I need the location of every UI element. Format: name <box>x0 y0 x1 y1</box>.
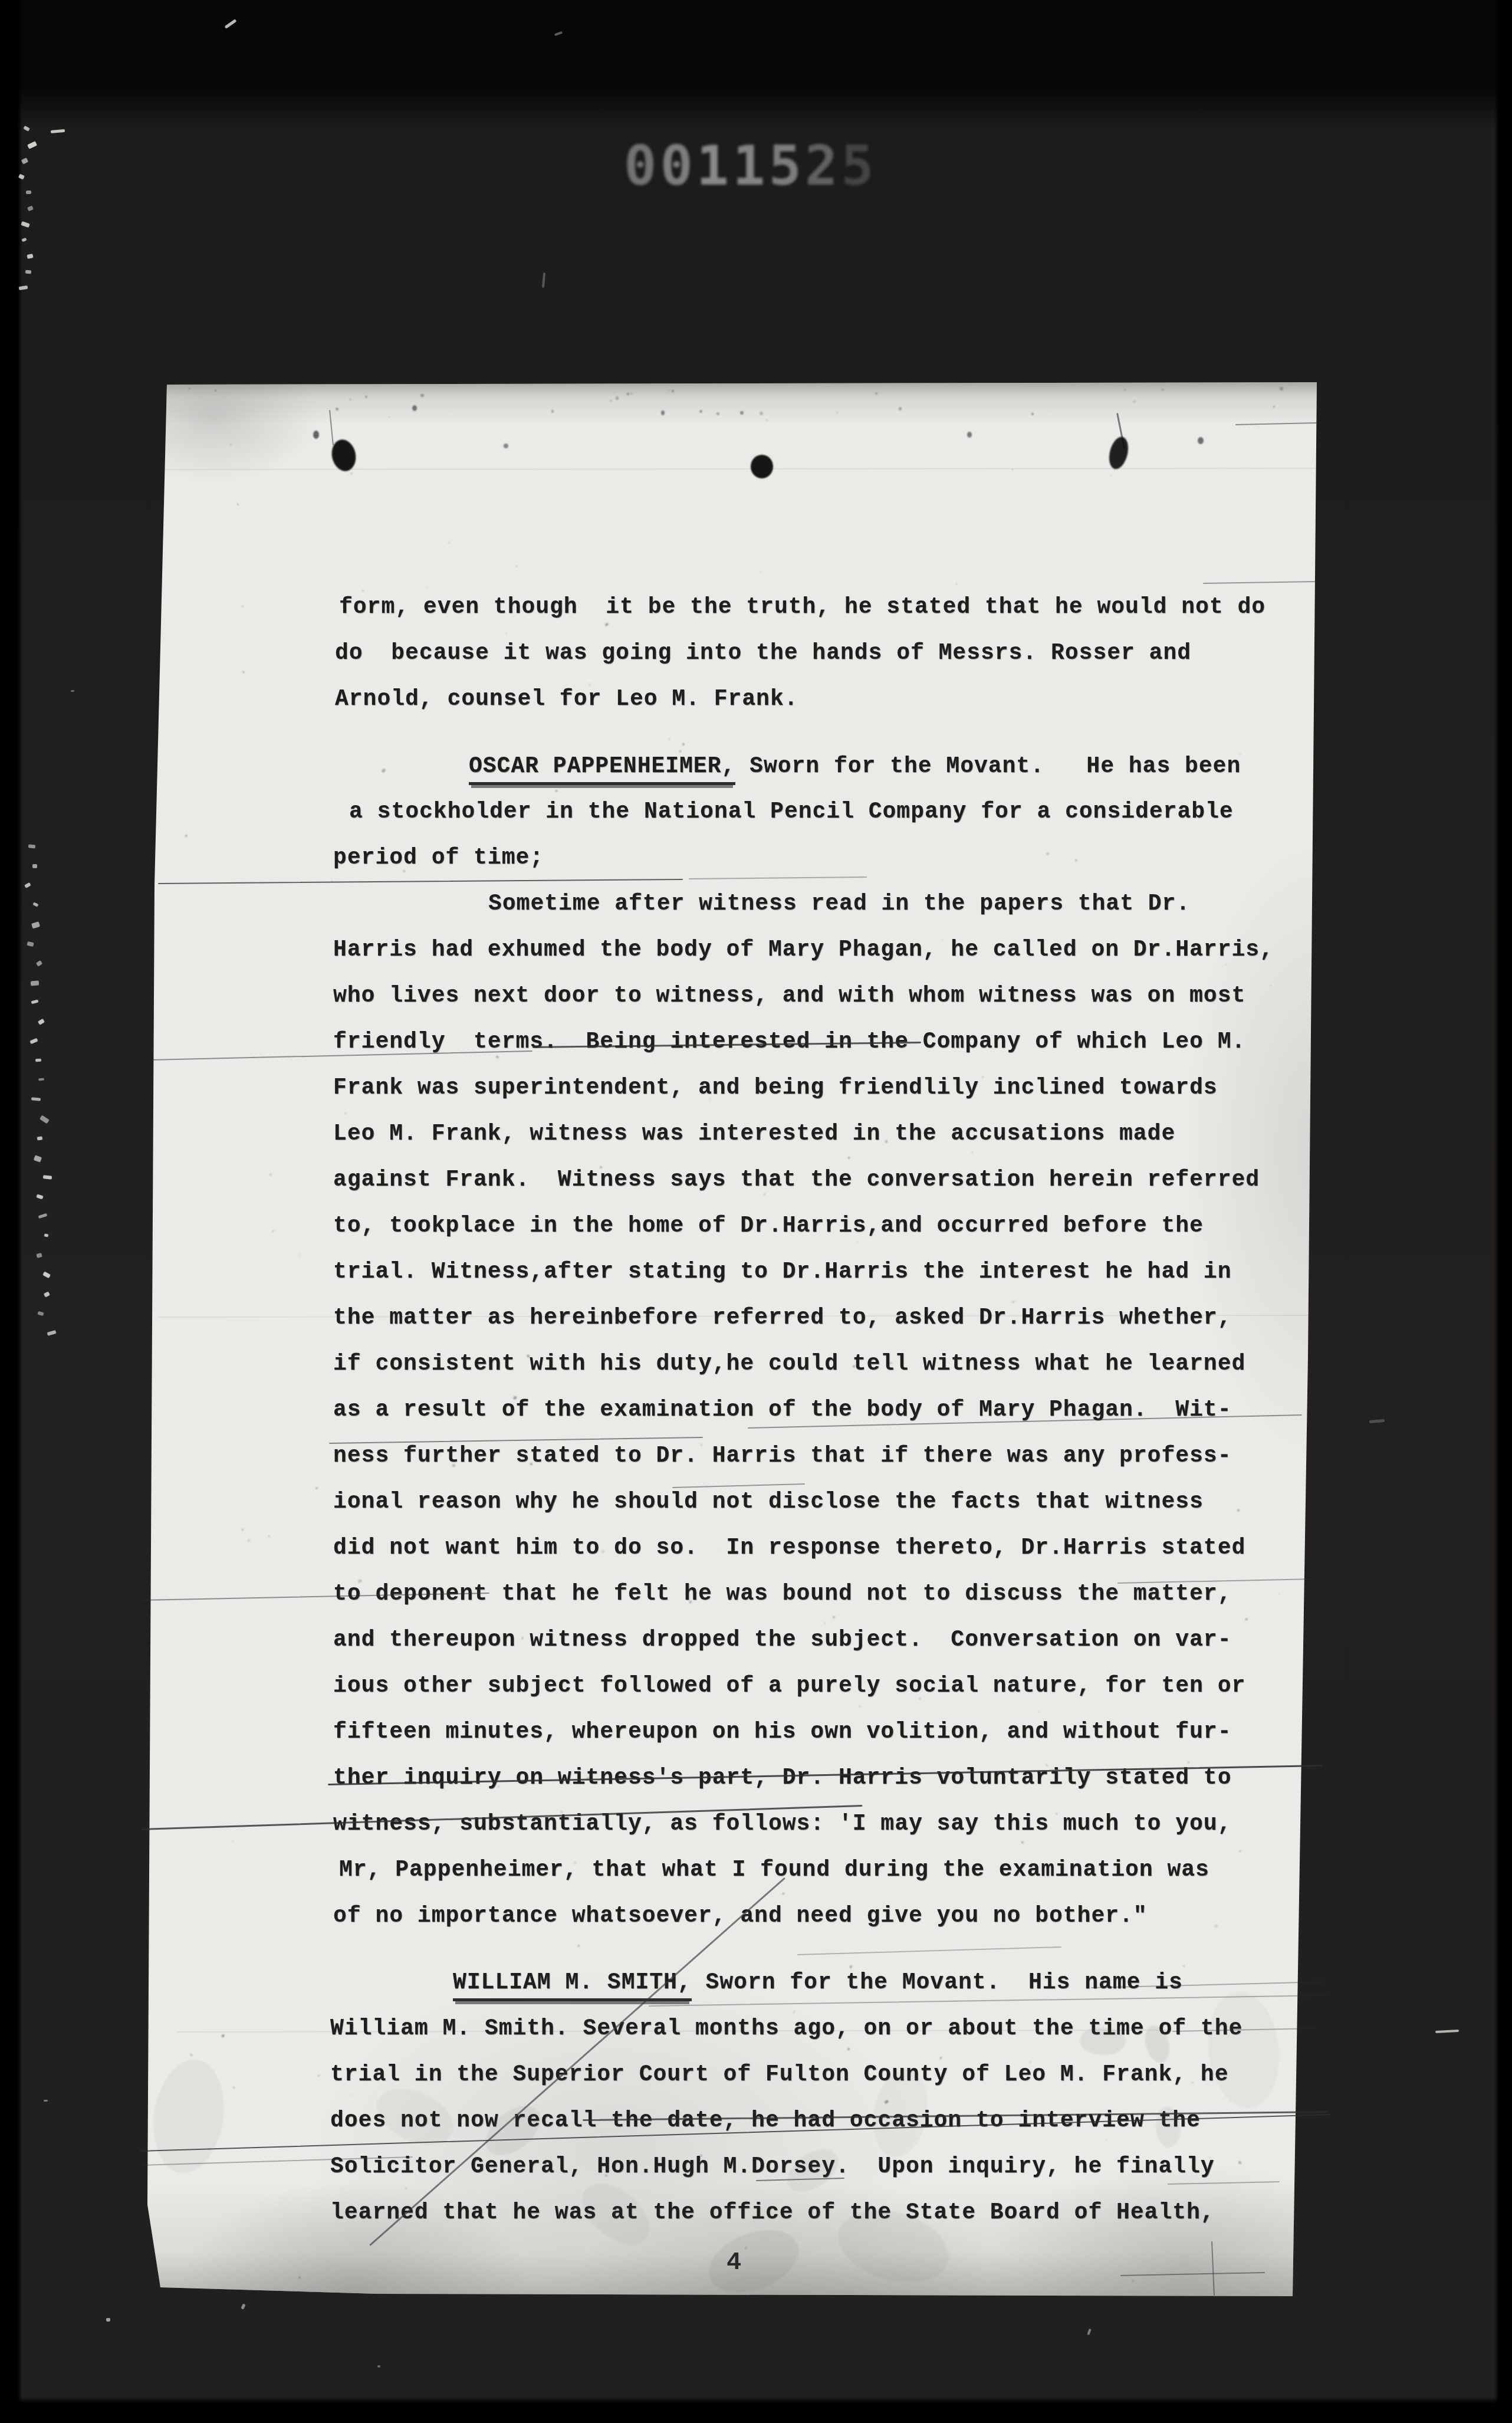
text-segment: Leo M. Frank, witness was interested in … <box>333 1121 1175 1147</box>
text-line: Harris had exhumed the body of Mary Phag… <box>333 937 1274 964</box>
ink-blob <box>740 411 744 415</box>
text-segment: form, even though it be the truth, he st… <box>339 595 1266 620</box>
text-line: form, even though it be the truth, he st… <box>339 594 1266 621</box>
film-edge-squiggle <box>36 1194 43 1199</box>
film-frame-number-stamp: 0011525 <box>624 134 877 198</box>
film-edge-squiggle <box>44 1291 51 1298</box>
film-margin-mark <box>1435 2030 1459 2033</box>
speck <box>700 1443 703 1446</box>
text-segment: Harris had exhumed the body of Mary Phag… <box>333 937 1274 963</box>
text-segment: if consistent with his duty,he could tel… <box>333 1351 1245 1377</box>
text-line: Mr, Pappenheimer, that what I found duri… <box>339 1857 1209 1884</box>
text-segment: against Frank. Witness says that the con… <box>333 1167 1260 1193</box>
text-line: Solicitor General, Hon.Hugh M.Dorsey. Up… <box>330 2153 1215 2181</box>
speck <box>1273 406 1275 408</box>
speck <box>716 412 720 416</box>
film-edge-squiggle <box>31 980 40 986</box>
text-segment: Sometime after witness read in the paper… <box>488 891 1190 917</box>
text-segment: friendly terms. Being interested in the … <box>333 1029 1245 1055</box>
text-segment: ional reason why he should not disclose … <box>333 1489 1204 1515</box>
film-edge-squiggle <box>31 921 40 928</box>
text-segment: Solicitor General, Hon.Hugh M.Dorsey. Up… <box>330 2154 1215 2179</box>
text-line: ness further stated to Dr. Harris that i… <box>333 1443 1231 1470</box>
speck <box>1124 389 1126 391</box>
speck <box>668 390 670 392</box>
film-edge-squiggle <box>31 1000 38 1004</box>
film-edge-squiggle <box>21 157 28 164</box>
speck <box>1280 387 1283 390</box>
text-segment: trial in the Superior Court of Fulton Co… <box>330 2062 1228 2087</box>
text-segment: trial. Witness,after stating to Dr.Harri… <box>333 1259 1231 1285</box>
scanned-document-film: 0011525 form, even though it be the trut… <box>0 0 1512 2423</box>
text-line: witness, substantially, as follows: 'I m… <box>333 1811 1231 1838</box>
text-line: against Frank. Witness says that the con… <box>333 1167 1260 1194</box>
text-segment: fifteen minutes, whereupon on his own vo… <box>333 1719 1231 1745</box>
film-edge-squiggle <box>31 1097 41 1101</box>
speck <box>605 1644 607 1646</box>
ink-blob <box>313 431 319 439</box>
film-margin-mark <box>554 31 563 37</box>
text-line: trial. Witness,after stating to Dr.Harri… <box>333 1259 1231 1286</box>
film-edge-squiggle <box>40 1115 50 1124</box>
ink-blob <box>412 405 417 411</box>
film-margin-mark <box>106 2318 110 2322</box>
film-edge-squiggle <box>38 1311 44 1316</box>
film-edge-squiggle <box>27 254 34 259</box>
film-margin-mark <box>71 690 74 692</box>
text-line: learned that he was at the office of the… <box>330 2199 1215 2227</box>
speck <box>589 683 591 685</box>
text-line: do because it was going into the hands o… <box>335 640 1191 667</box>
section-heading-line: WILLIAM M. SMITH, Sworn for the Movant. … <box>453 1969 1183 1997</box>
film-margin-mark <box>542 272 545 288</box>
film-edge-squiggle <box>28 844 36 848</box>
film-edge-squiggle <box>38 1019 45 1025</box>
film-edge-squiggle <box>24 126 31 132</box>
speck <box>212 507 213 508</box>
film-edge-squiggle <box>30 1038 39 1045</box>
film-edge-squiggle <box>24 882 31 888</box>
text-line: a stockholder in the National Pencil Com… <box>349 799 1234 826</box>
speck <box>237 504 238 505</box>
text-line: trial in the Superior Court of Fulton Co… <box>330 2061 1228 2089</box>
ink-blob <box>751 455 773 478</box>
text-line: does not now recall the date, he had occ… <box>330 2107 1201 2135</box>
film-edge-squiggle <box>27 141 37 149</box>
film-margin-mark <box>225 19 237 29</box>
text-line: ious other subject followed of a purely … <box>333 1673 1245 1700</box>
text-line: to deponent that he felt he was bound no… <box>333 1581 1231 1608</box>
speck <box>315 1486 318 1489</box>
speck <box>521 1637 522 1639</box>
text-line: and thereupon witness dropped the subjec… <box>333 1627 1231 1654</box>
film-edge-squiggle <box>42 1271 51 1278</box>
text-line: Arnold, counsel for Leo M. Frank. <box>335 686 798 713</box>
speck <box>882 1914 883 1915</box>
film-margin-mark <box>51 129 65 133</box>
speck <box>836 412 838 413</box>
speck <box>760 412 763 415</box>
text-segment: the matter as hereinbefore referred to, … <box>333 1305 1231 1331</box>
stamp-digit: 5 <box>769 134 805 198</box>
text-segment: who lives next door to witness, and with… <box>333 983 1245 1009</box>
film-edge-squiggle <box>35 1059 41 1062</box>
text-segment: learned that he was at the office of the… <box>330 2200 1215 2225</box>
text-line: fifteen minutes, whereupon on his own vo… <box>333 1719 1231 1746</box>
ink-blob <box>1198 437 1204 444</box>
film-edge-squiggle <box>27 206 34 212</box>
witness-name-underlined: WILLIAM M. SMITH, <box>453 1970 692 2001</box>
text-segment: Sworn for the Movant. He has been <box>735 754 1241 779</box>
text-line: Sometime after witness read in the paper… <box>488 891 1190 918</box>
speck <box>1161 389 1164 392</box>
stamp-digit: 2 <box>805 134 841 198</box>
film-edge-squiggle <box>35 960 42 967</box>
speck <box>627 393 629 395</box>
speck <box>1225 963 1227 964</box>
witness-name-underlined: OSCAR PAPPENHEIMER, <box>469 754 735 785</box>
stamp-digit: 0 <box>660 134 696 198</box>
film-edge-squiggle <box>34 1155 42 1162</box>
text-segment: a stockholder in the National Pencil Com… <box>349 799 1234 825</box>
stamp-digit: 1 <box>696 134 732 198</box>
speck <box>350 2094 352 2096</box>
speck <box>616 396 619 400</box>
text-segment: do because it was going into the hands o… <box>335 641 1191 666</box>
film-edge-squiggle <box>43 1175 52 1179</box>
film-edge-squiggle <box>38 1213 47 1219</box>
text-line: if consistent with his duty,he could tel… <box>333 1351 1245 1378</box>
text-segment: ness further stated to Dr. Harris that i… <box>333 1443 1231 1469</box>
film-edge-squiggle <box>32 864 37 868</box>
speck <box>574 1861 576 1864</box>
text-segment: Arnold, counsel for Leo M. Frank. <box>335 687 798 712</box>
film-margin-mark <box>241 2303 245 2309</box>
text-segment: does not now recall the date, he had occ… <box>330 2108 1201 2133</box>
speck <box>551 410 554 413</box>
text-line: did not want him to do so. In response t… <box>333 1535 1245 1562</box>
film-edge-squiggle <box>27 941 34 947</box>
speck <box>763 1193 765 1195</box>
section-heading-line: OSCAR PAPPENHEIMER, Sworn for the Movant… <box>469 753 1241 780</box>
film-edge-squiggle <box>19 285 28 291</box>
film-edge-squiggle <box>44 1233 49 1237</box>
text-line: who lives next door to witness, and with… <box>333 983 1245 1010</box>
speck <box>336 408 338 411</box>
speck <box>189 388 190 390</box>
film-margin-mark <box>377 2365 380 2368</box>
film-edge-squiggle <box>38 1078 45 1081</box>
film-margin-mark <box>1369 1419 1385 1423</box>
text-segment: Mr, Pappenheimer, that what I found duri… <box>339 1857 1209 1883</box>
speck <box>857 1240 858 1242</box>
film-edge-squiggle <box>32 902 38 907</box>
film-edge-squiggle <box>47 1330 56 1336</box>
speck <box>672 390 674 392</box>
film-edge-squiggle <box>37 1136 43 1141</box>
speck <box>365 396 367 398</box>
text-segment: did not want him to do so. In response t… <box>333 1535 1245 1561</box>
ink-blob <box>504 444 508 448</box>
speck <box>230 443 232 445</box>
film-edge-squiggle <box>21 221 30 228</box>
text-line: to, tookplace in the home of Dr.Harris,a… <box>333 1213 1204 1240</box>
film-edge-squiggle <box>21 238 27 242</box>
film-edge-squiggle <box>18 173 25 179</box>
speck <box>215 390 216 392</box>
speck <box>1238 2161 1241 2164</box>
text-segment: Sworn for the Movant. His name is <box>692 1970 1183 1995</box>
text-segment: Frank was superintendent, and being frie… <box>333 1075 1218 1101</box>
text-segment: witness, substantially, as follows: 'I m… <box>333 1811 1231 1837</box>
film-margin-mark <box>44 2100 48 2102</box>
text-segment: ious other subject followed of a purely … <box>333 1673 1245 1699</box>
text-line: Frank was superintendent, and being frie… <box>333 1075 1218 1102</box>
speck <box>1038 1712 1039 1713</box>
text-line: ional reason why he should not disclose … <box>333 1489 1204 1516</box>
film-margin-mark <box>1087 2329 1092 2336</box>
film-edge-squiggle <box>26 191 31 195</box>
film-edge-squiggle <box>36 1253 42 1258</box>
text-line: the matter as hereinbefore referred to, … <box>333 1305 1231 1332</box>
text-segment: period of time; <box>333 845 544 871</box>
text-segment: and thereupon witness dropped the subjec… <box>333 1627 1231 1653</box>
ink-blob <box>967 432 972 438</box>
text-line: period of time; <box>333 845 544 872</box>
speck <box>1031 413 1034 415</box>
speck <box>899 407 902 411</box>
stamp-digit: 0 <box>624 134 660 198</box>
text-segment: to, tookplace in the home of Dr.Harris,a… <box>333 1213 1204 1239</box>
ink-blob <box>661 411 665 415</box>
stamp-digit: 5 <box>841 134 877 198</box>
stamp-digit: 1 <box>732 134 768 198</box>
text-line: Leo M. Frank, witness was interested in … <box>333 1121 1175 1148</box>
film-edge-squiggle <box>25 270 31 274</box>
speck <box>1120 1786 1122 1788</box>
